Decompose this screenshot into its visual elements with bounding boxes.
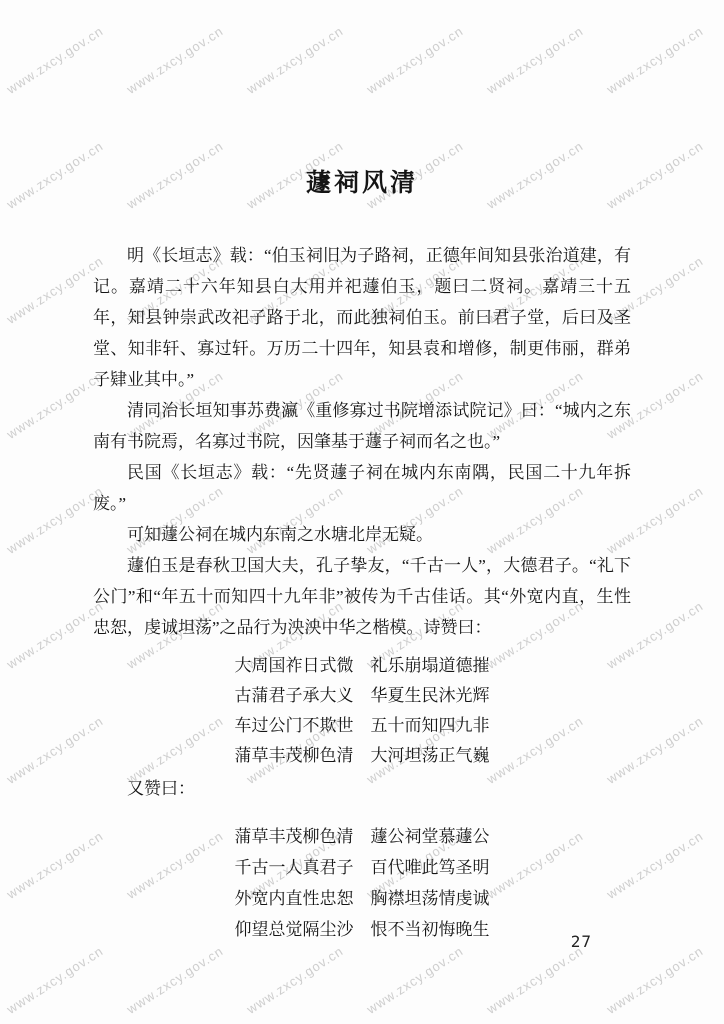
watermark-text: www.zxcy.gov.cn [4, 138, 106, 212]
again-praise-label: 又赞曰： [93, 773, 631, 804]
paragraph: 蘧伯玉是春秋卫国大夫，孔子挚友，“千古一人”，大德君子。“礼下公门”和“年五十而… [93, 550, 631, 643]
watermark-text: www.zxcy.gov.cn [364, 943, 466, 1017]
poem-line: 千古一人真君子 百代唯此笃圣明 [93, 852, 631, 883]
watermark-text: www.zxcy.gov.cn [124, 943, 226, 1017]
paragraph: 可知蘧公祠在城内东南之水塘北岸无疑。 [93, 519, 631, 550]
page-number: 27 [571, 932, 592, 951]
watermark-text: www.zxcy.gov.cn [4, 828, 106, 902]
watermark-text: www.zxcy.gov.cn [4, 943, 106, 1017]
watermark-text: www.zxcy.gov.cn [4, 713, 106, 787]
paragraph: 民国《长垣志》载：“先贤蘧子祠在城内东南隅，民国二十九年拆废。” [93, 457, 631, 519]
watermark-text: www.zxcy.gov.cn [4, 368, 106, 442]
body-text: 明《长垣志》载：“伯玉祠旧为子路祠，正德年间知县张治道建，有记。嘉靖二十六年知县… [93, 240, 631, 643]
poem-line: 蒲草丰茂柳色清 大河坦荡正气巍 [93, 741, 631, 771]
watermark-text: www.zxcy.gov.cn [4, 598, 106, 672]
watermark-text: www.zxcy.gov.cn [244, 943, 346, 1017]
watermark-text: www.zxcy.gov.cn [4, 253, 106, 327]
poem-line: 古蒲君子承大义 华夏生民沐光辉 [93, 681, 631, 711]
poem-second: 蒲草丰茂柳色清 蘧公祠堂慕蘧公 千古一人真君子 百代唯此笃圣明 外宽内直性忠恕 … [93, 821, 631, 945]
paragraph: 清同治长垣知事苏费瀛《重修寡过书院增添试院记》曰：“城内之东南有书院焉，名寡过书… [93, 395, 631, 457]
document-page: www.zxcy.gov.cnwww.zxcy.gov.cnwww.zxcy.g… [0, 0, 724, 1024]
poem-line: 蒲草丰茂柳色清 蘧公祠堂慕蘧公 [93, 821, 631, 852]
watermark-text: www.zxcy.gov.cn [4, 23, 106, 97]
poem-line: 车过公门不欺世 五十而知四九非 [93, 711, 631, 741]
page-title: 蘧祠风清 [93, 168, 631, 200]
watermark-text: www.zxcy.gov.cn [604, 943, 706, 1017]
poem-line: 仰望总觉隔尘沙 恨不当初悔晚生 [93, 914, 631, 945]
poem-first: 大周国祚日式微 礼乐崩塌道德摧 古蒲君子承大义 华夏生民沐光辉 车过公门不欺世 … [93, 651, 631, 771]
watermark-text: www.zxcy.gov.cn [4, 483, 106, 557]
paragraph: 明《长垣志》载：“伯玉祠旧为子路祠，正德年间知县张治道建，有记。嘉靖二十六年知县… [93, 240, 631, 395]
poem-line: 外宽内直性忠恕 胸襟坦荡情虔诚 [93, 883, 631, 914]
poem-line: 大周国祚日式微 礼乐崩塌道德摧 [93, 651, 631, 681]
page-content: 蘧祠风清 明《长垣志》载：“伯玉祠旧为子路祠，正德年间知县张治道建，有记。嘉靖二… [93, 0, 631, 945]
watermark-text: www.zxcy.gov.cn [484, 943, 586, 1017]
